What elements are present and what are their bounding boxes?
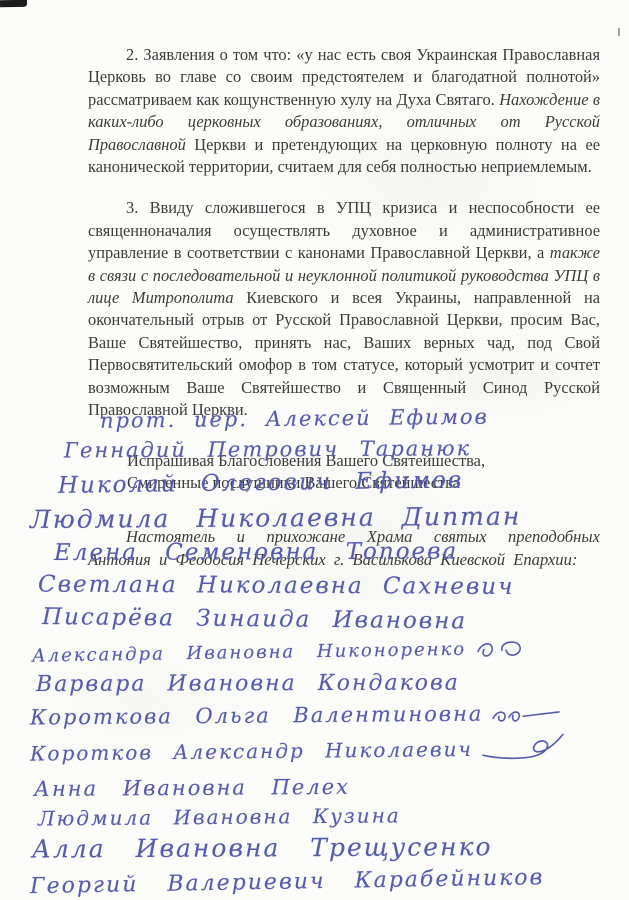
signature-name: Людмила Ивановна Кузина [38,803,401,830]
signature-name: Светлана Николаевна Сахневич [38,571,515,599]
document-page: 2. Заявления о том что: «у нас есть своя… [0,0,629,900]
signature-line: Людмила Николаевна Диптан [30,502,615,535]
scan-artifact-tick [618,28,620,36]
signature-name: Георгий Валериевич Карабейников [30,866,545,900]
signature-line: Светлана Николаевна Сахневич [38,571,615,600]
signature-name: Людмила Николаевна Диптан [30,501,521,533]
signature-line: Геннадий Петрович Таранюк [64,436,615,463]
signature-line: Алла Ивановна Трещусенко [32,832,615,864]
signature-name: Николай Олегович Ефимов [58,468,464,500]
signature-name: прот. иер. Алексей Ефимов [100,405,489,433]
paragraph-3: 3. Ввиду сложившегося в УПЦ кризиса и не… [88,197,600,421]
signature-line: Писарёва Зинаида Ивановна [42,604,615,636]
signature-flourish-icon [474,637,532,662]
signature-line: Людмила Ивановна Кузина [38,802,615,830]
signature-name: Елена Семеновна Топоева [54,539,458,566]
signature-name: Алла Ивановна Трещусенко [32,832,493,863]
signature-name: Геннадий Петрович Таранюк [64,436,471,462]
signature-line: Николай Олегович Ефимов [58,465,615,499]
paragraph-2: 2. Заявления о том что: «у нас есть своя… [88,44,600,178]
signature-list: прот. иер. Алексей Ефимов Геннадий Петро… [30,406,615,895]
signature-flourish-icon [481,732,567,767]
signature-line: прот. иер. Алексей Ефимов [100,403,615,433]
signature-line: Варвара Ивановна Кондакова [36,670,615,697]
signature-line: Георгий Валериевич Карабейников [30,864,615,900]
signature-name: Коротков Александр Николаевич [30,737,473,766]
signature-name: Анна Ивановна Пелех [34,774,350,800]
scan-artifact-corner [0,0,27,7]
signature-name: Писарёва Зинаида Ивановна [42,604,467,634]
signature-line: Александра Ивановна Никоноренко [32,635,615,668]
signature-line: Коротков Александр Николаевич [30,732,615,772]
signature-flourish-icon [491,703,563,726]
signature-name: Короткова Ольга Валентиновна [30,702,484,730]
signature-name: Варвара Ивановна Кондакова [36,670,460,696]
signature-name: Александра Ивановна Никоноренко [32,639,466,667]
signature-line: Анна Ивановна Пелех [34,773,615,801]
paragraph-3-text-start: 3. Ввиду сложившегося в УПЦ кризиса и не… [88,198,600,262]
signature-line: Елена Семеновна Топоева [54,538,615,566]
paragraph-3-text-end: Киевского и всея Украины, направленной н… [88,288,600,419]
signature-line: Короткова Ольга Валентиновна [30,701,615,731]
